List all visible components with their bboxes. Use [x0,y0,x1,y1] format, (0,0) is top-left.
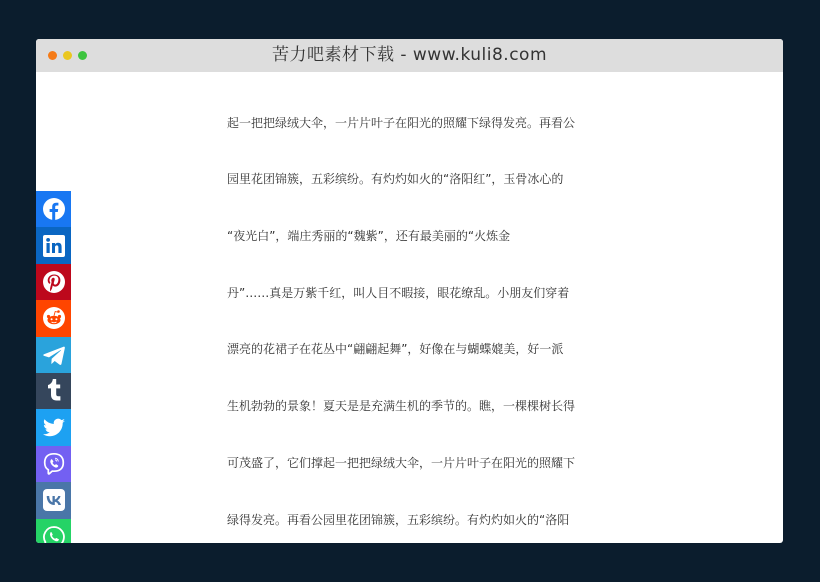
share-tumblr-button[interactable] [36,373,71,409]
page-content: 起一把把绿绒大伞，一片片叶子在阳光的照耀下绿得发亮。再看公 园里花团锦簇，五彩缤… [36,72,783,543]
article-line: 绿得发亮。再看公园里花团锦簇，五彩缤纷。有灼灼如火的“洛阳 [227,512,607,528]
share-pinterest-button[interactable] [36,264,71,300]
share-reddit-button[interactable] [36,300,71,336]
linkedin-icon [42,234,66,258]
title-bar: 苦力吧素材下载 - www.kuli8.com [36,39,783,72]
pinterest-icon [42,270,66,294]
facebook-icon [42,197,66,221]
article-line: “夜光白”，端庄秀丽的“魏紫”，还有最美丽的“火炼金 [227,228,607,244]
tumblr-icon [42,379,66,403]
browser-window: 苦力吧素材下载 - www.kuli8.com 起一把把绿绒大伞，一片片叶子在阳… [36,39,783,543]
whatsapp-icon [42,525,66,543]
article-line: 可茂盛了，它们撑起一把把绿绒大伞，一片片叶子在阳光的照耀下 [227,455,607,471]
vk-icon [42,488,66,512]
article-line: 漂亮的花裙子在花丛中“翩翩起舞”，好像在与蝴蝶媲美，好一派 [227,341,607,357]
reddit-icon [42,306,66,330]
telegram-icon [42,343,66,367]
share-twitter-button[interactable] [36,409,71,445]
share-telegram-button[interactable] [36,337,71,373]
share-whatsapp-button[interactable] [36,519,71,543]
share-vk-button[interactable] [36,482,71,518]
window-title: 苦力吧素材下载 - www.kuli8.com [36,39,783,72]
share-linkedin-button[interactable] [36,227,71,263]
article-line: 生机勃勃的景象！夏天是是充满生机的季节的。瞧，一棵棵树长得 [227,398,607,414]
article-line: 园里花团锦簇，五彩缤纷。有灼灼如火的“洛阳红”，玉骨冰心的 [227,171,607,187]
share-viber-button[interactable] [36,446,71,482]
viber-icon [42,452,66,476]
article-line: 起一把把绿绒大伞，一片片叶子在阳光的照耀下绿得发亮。再看公 [227,115,607,131]
twitter-icon [42,416,66,440]
share-facebook-button[interactable] [36,191,71,227]
share-bar [36,191,71,543]
article-line: 丹”……真是万紫千红，叫人目不暇接，眼花缭乱。小朋友们穿着 [227,285,607,301]
